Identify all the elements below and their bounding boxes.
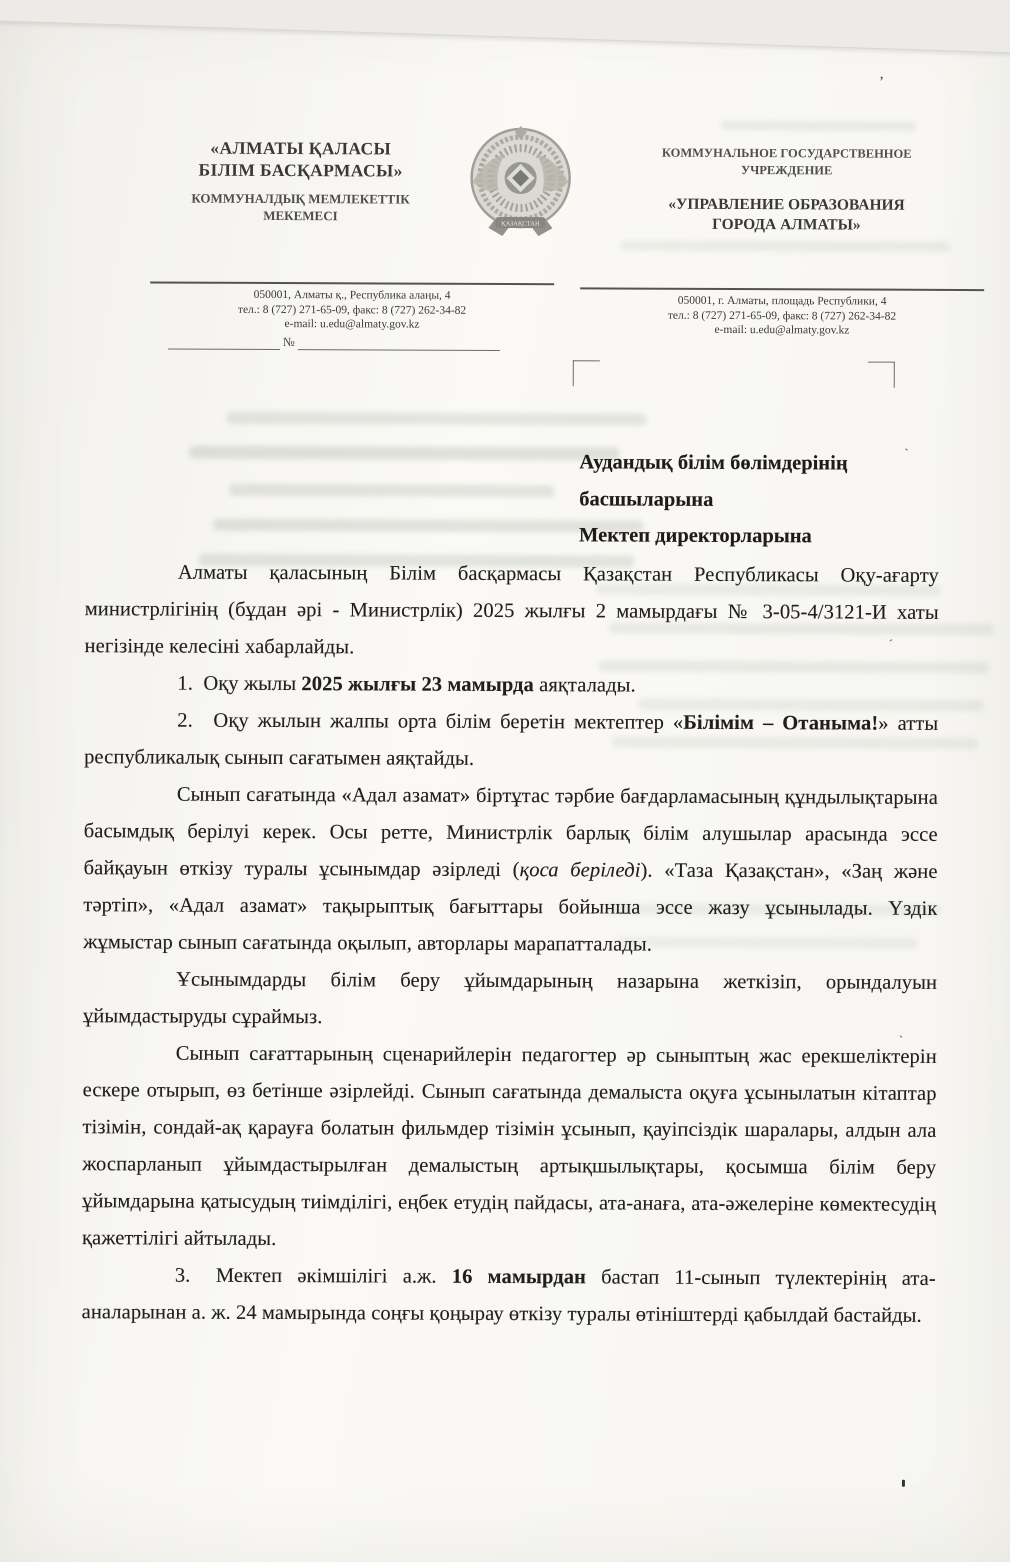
emblem-banner-text: ҚАЗАҚСТАН: [501, 220, 540, 227]
body-paragraph: 3. Мектеп әкімшілігі а.ж. 16 мамырдан ба…: [82, 1257, 936, 1335]
org-name-ru-line1: «УПРАВЛЕНИЕ ОБРАЗОВАНИЯ: [582, 194, 990, 216]
ghost-text-line: [620, 240, 950, 251]
body-paragraph: Сынып сағатында «Адал азамат» біртұтас т…: [83, 776, 938, 965]
contacts-kazakh: 050001, Алматы қ., Республика алаңы, 4 т…: [142, 287, 562, 332]
scanned-letter-page: «АЛМАТЫ ҚАЛАСЫ БІЛІМ БАСҚАРМАСЫ» КОММУНА…: [0, 0, 1010, 1562]
letterhead-rule-right: [580, 287, 984, 291]
recipient-line: Аудандық білім бөлімдерінің: [579, 444, 949, 482]
org-block-kazakh: «АЛМАТЫ ҚАЛАСЫ БІЛІМ БАСҚАРМАСЫ» КОММУНА…: [142, 136, 458, 224]
number-label: №: [280, 335, 298, 349]
contacts-russian: 050001, г. Алматы, площадь Республики, 4…: [580, 293, 984, 338]
ghost-text-line: [721, 121, 916, 131]
org-block-russian: КОММУНАЛЬНОЕ ГОСУДАРСТВЕННОЕ УЧРЕЖДЕНИЕ …: [582, 144, 990, 236]
contact-line: e-mail: u.edu@almaty.gov.kz: [142, 316, 562, 332]
body-paragraph: 1. Оқу жылы 2025 жылғы 23 мамырда аяқтал…: [84, 665, 938, 706]
org-name-kk-line2: БІЛІМ БАСҚАРМАСЫ»: [143, 158, 459, 181]
org-name-ru-line2: ГОРОДА АЛМАТЫ»: [582, 214, 990, 236]
body: Алматы қаласының Білім басқармасы Қазақс…: [82, 554, 939, 1335]
body-paragraph: Ұсынымдарды білім беру ұйымдарының назар…: [83, 961, 937, 1039]
ghost-text-line: [229, 484, 554, 497]
ghost-text-line: [189, 446, 619, 461]
org-sub-ru-line1: КОММУНАЛЬНОЕ ГОСУДАРСТВЕННОЕ: [583, 144, 991, 163]
document-number-line: №: [168, 335, 500, 354]
org-sub-kk-line1: КОММУНАЛДЫҚ МЕМЛЕКЕТТІК: [143, 189, 459, 207]
kazakhstan-emblem-icon: ҚАЗАҚСТАН: [464, 124, 577, 248]
body-paragraph: Сынып сағаттарының сценарийлерін педагог…: [82, 1035, 937, 1261]
ghost-text-line: [227, 412, 647, 426]
body-paragraph: Алматы қаласының Білім басқармасы Қазақс…: [85, 554, 939, 669]
scan-speck: ’: [879, 78, 884, 88]
letterhead-rule-left: [150, 281, 554, 285]
org-sub-kk-line2: МЕКЕМЕСІ: [142, 206, 458, 224]
recipient-line: Мектеп директорларына: [579, 517, 949, 555]
org-sub-ru-line2: УЧРЕЖДЕНИЕ: [583, 161, 991, 180]
org-name-kk-line1: «АЛМАТЫ ҚАЛАСЫ: [143, 136, 459, 159]
date-blank-field: [168, 335, 280, 350]
contact-line: e-mail: u.edu@almaty.gov.kz: [580, 322, 984, 338]
body-paragraph: 2. Оқу жылын жалпы орта білім беретін ме…: [84, 702, 938, 780]
number-blank-field: [298, 335, 500, 351]
letter-content: «АЛМАТЫ ҚАЛАСЫ БІЛІМ БАСҚАРМАСЫ» КОММУНА…: [0, 0, 1010, 1562]
scan-speck: [902, 1480, 905, 1487]
recipient-line: басшыларына: [579, 481, 949, 519]
address-corner-bracket-left: [573, 360, 600, 386]
address-corner-bracket-right: [868, 362, 895, 388]
recipient-block: Аудандық білім бөлімдерінің басшыларына …: [579, 444, 949, 555]
